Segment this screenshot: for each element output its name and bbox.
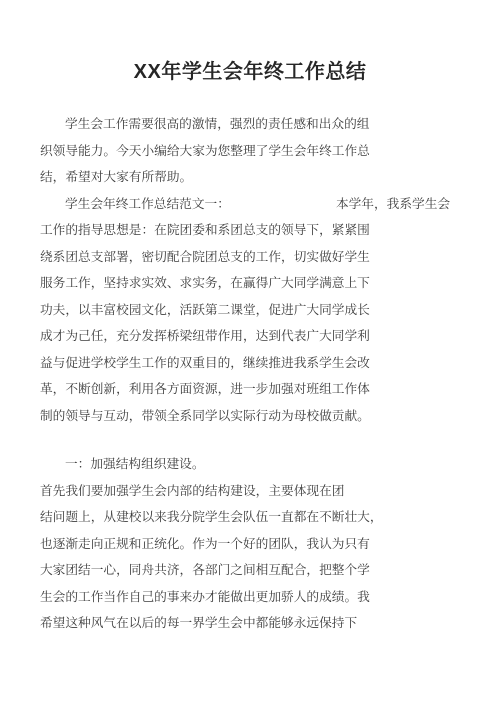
text-line: 服务工作，坚持求实效、求实务，在赢得广大同学满意上下 <box>40 270 460 297</box>
text-line: 制的领导与互动，带领全系同学以实际行动为母校做贡献。 <box>40 403 460 430</box>
text-line: 希望这种风气在以后的每一界学生会中都能够永远保持下 <box>40 610 460 637</box>
text-line: 学生会年终工作总结范文一：本学年，我系学生会 <box>40 191 460 218</box>
text-line: 益与促进学校学生工作的双重目的，继续推进我系学生会改 <box>40 350 460 377</box>
text-line: 首先我们要加强学生会内部的结构建设，主要体现在团 <box>40 478 460 505</box>
text-line: 学生会工作需要很高的激情，强烈的责任感和出众的组 <box>40 111 460 138</box>
text-line: 也逐渐走向正规和正统化。作为一个好的团队，我认为只有 <box>40 531 460 558</box>
text-line: 结，希望对大家有所帮助。 <box>40 164 460 191</box>
line-suffix-text: 本学年，我系学生会 <box>336 197 450 211</box>
text-line: 生会的工作当作自己的事来办才能做出更加骄人的成绩。我 <box>40 584 460 611</box>
text-line: 织领导能力。今天小编给大家为您整理了学生会年终工作总 <box>40 138 460 165</box>
text-line: 工作的指导思想是：在院团委和系团总支的领导下，紧紧围 <box>40 217 460 244</box>
text-line: 绕系团总支部署，密切配合院团总支的工作，切实做好学生 <box>40 244 460 271</box>
document-body: 学生会工作需要很高的激情，强烈的责任感和出众的组织领导能力。今天小编给大家为您整… <box>40 111 460 637</box>
body-paragraph: 首先我们要加强学生会内部的结构建设，主要体现在团结问题上，从建校以来我分院学生会… <box>40 478 460 637</box>
section-heading: 一：加强结构组织建设。 <box>40 451 460 478</box>
tab-gap <box>230 207 336 208</box>
text-line: 功夫，以丰富校园文化，活跃第二课堂，促进广大同学成长 <box>40 297 460 324</box>
document-page: XX年学生会年终工作总结 学生会工作需要很高的激情，强烈的责任感和出众的组织领导… <box>0 0 500 708</box>
summary-paragraph: 学生会年终工作总结范文一：本学年，我系学生会工作的指导思想是：在院团委和系团总支… <box>40 191 460 430</box>
text-line: 一：加强结构组织建设。 <box>40 451 460 478</box>
document-title: XX年学生会年终工作总结 <box>0 57 500 87</box>
text-line: 革，不断创新，利用各方面资源，进一步加强对班组工作体 <box>40 376 460 403</box>
text-line: 大家团结一心，同舟共济，各部门之间相互配合，把整个学 <box>40 557 460 584</box>
intro-paragraph: 学生会工作需要很高的激情，强烈的责任感和出众的组织领导能力。今天小编给大家为您整… <box>40 111 460 191</box>
text-line: 成才为己任，充分发挥桥梁纽带作用，达到代表广大同学利 <box>40 323 460 350</box>
text-line: 结问题上，从建校以来我分院学生会队伍一直都在不断壮大， <box>40 504 460 531</box>
line-prefix-text: 学生会年终工作总结范文一： <box>65 197 230 211</box>
